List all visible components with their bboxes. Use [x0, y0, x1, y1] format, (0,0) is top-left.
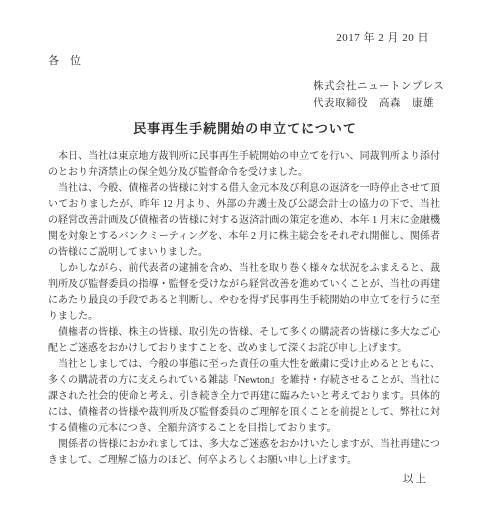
paragraph-6: 関係者の皆様におかれましては、多大なご迷惑をおかけいたしますが、当社再建につきま…: [48, 437, 440, 469]
paragraph-2: 当社は、今般、債権者の皆様に対する借入金元本及び利息の返済を一時停止させて頂いて…: [48, 181, 440, 261]
document-date: 2017 年 2 月 20 日: [0, 31, 490, 45]
paragraph-5: 当社としましては、今般の事態に至った責任の重大性を厳粛に受け止めるとともに、多く…: [48, 357, 440, 437]
salutation: 各 位: [0, 54, 490, 68]
paragraph-4: 債権者の皆様、株主の皆様、取引先の皆様、そして多くの購読者の皆様に多大なご心配と…: [48, 325, 440, 357]
sender-block: 株式会社ニュートンプレス 代表取締役 高森 康雄: [313, 78, 490, 112]
document-page: 2017 年 2 月 20 日 各 位 株式会社ニュートンプレス 代表取締役 高…: [0, 0, 490, 524]
sender-company: 株式会社ニュートンプレス: [313, 78, 490, 95]
sender-representative: 代表取締役 高森 康雄: [313, 95, 490, 112]
paragraph-1: 本日、当社は東京地方裁判所に民事再生手続開始の申立てを行い、同裁判所より添付のと…: [48, 149, 440, 181]
document-body: 本日、当社は東京地方裁判所に民事再生手続開始の申立てを行い、同裁判所より添付のと…: [0, 149, 490, 469]
closing-word: 以上: [0, 472, 490, 487]
document-title: 民事再生手続開始の申立てについて: [0, 121, 490, 137]
paragraph-3: しかしながら、前代表者の逮捕を含め、当社を取り巻く様々な状況をふまえると、裁判所…: [48, 261, 440, 325]
